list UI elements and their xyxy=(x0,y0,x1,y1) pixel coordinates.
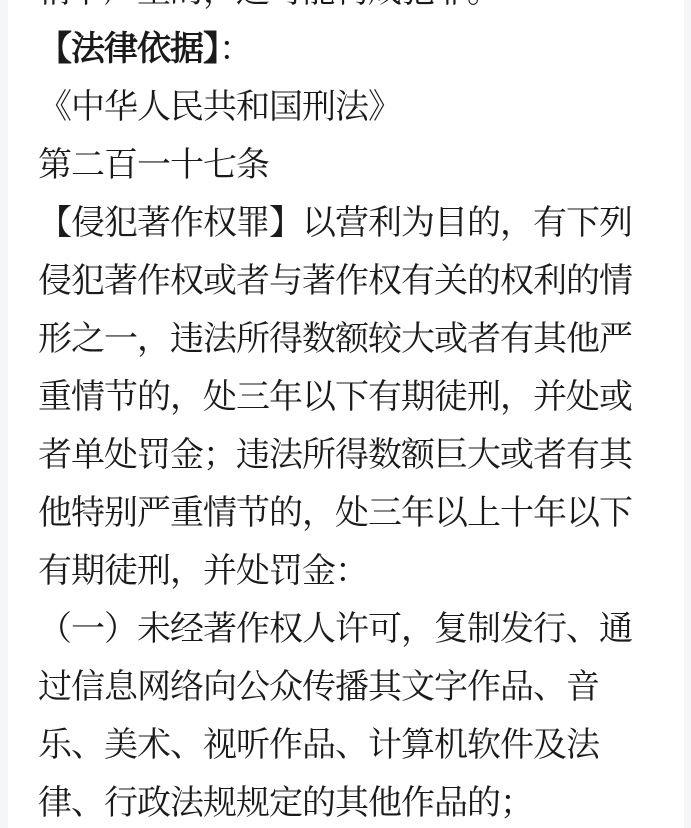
article-card: 情节严重的，还可能构成犯罪。 【法律依据】： 《中华人民共和国刑法》 第二百一十… xyxy=(8,0,684,828)
text-line: 过信息网络向公众传播其文字作品、音 xyxy=(38,658,658,716)
text-line: 他特别严重情节的，处三年以上十年以下 xyxy=(38,484,658,542)
clipped-top-line: 情节严重的，还可能构成犯罪。 xyxy=(38,0,658,20)
text-line: 形之一，违法所得数额较大或者有其他严 xyxy=(38,310,658,368)
list-item-one-line: （一）未经著作权人许可，复制发行、通 xyxy=(38,600,658,658)
page-background: { "colors": { "page_background": "#f5f6f… xyxy=(0,0,691,828)
text-line: 者单处罚金；违法所得数额巨大或者有其 xyxy=(38,426,658,484)
text-line: 重情节的，处三年以下有期徒刑，并处或 xyxy=(38,368,658,426)
article-content: 情节严重的，还可能构成犯罪。 【法律依据】： 《中华人民共和国刑法》 第二百一十… xyxy=(8,0,684,828)
article-number-line: 第二百一十七条 xyxy=(38,136,658,194)
legal-basis-colon: ： xyxy=(219,30,252,68)
text-line: 有期徒刑，并处罚金： xyxy=(38,542,658,600)
text-line: 律、行政法规规定的其他作品的； xyxy=(38,774,658,828)
text-line: 乐、美术、视听作品、计算机软件及法 xyxy=(38,716,658,774)
legal-basis-heading: 【法律依据】： xyxy=(38,20,658,78)
text-line: 侵犯著作权或者与著作权有关的权利的情 xyxy=(38,252,658,310)
law-title-line: 《中华人民共和国刑法》 xyxy=(38,78,658,136)
text-line: 【侵犯著作权罪】以营利为目的，有下列 xyxy=(38,194,658,252)
legal-basis-label: 【法律依据】 xyxy=(38,30,219,68)
